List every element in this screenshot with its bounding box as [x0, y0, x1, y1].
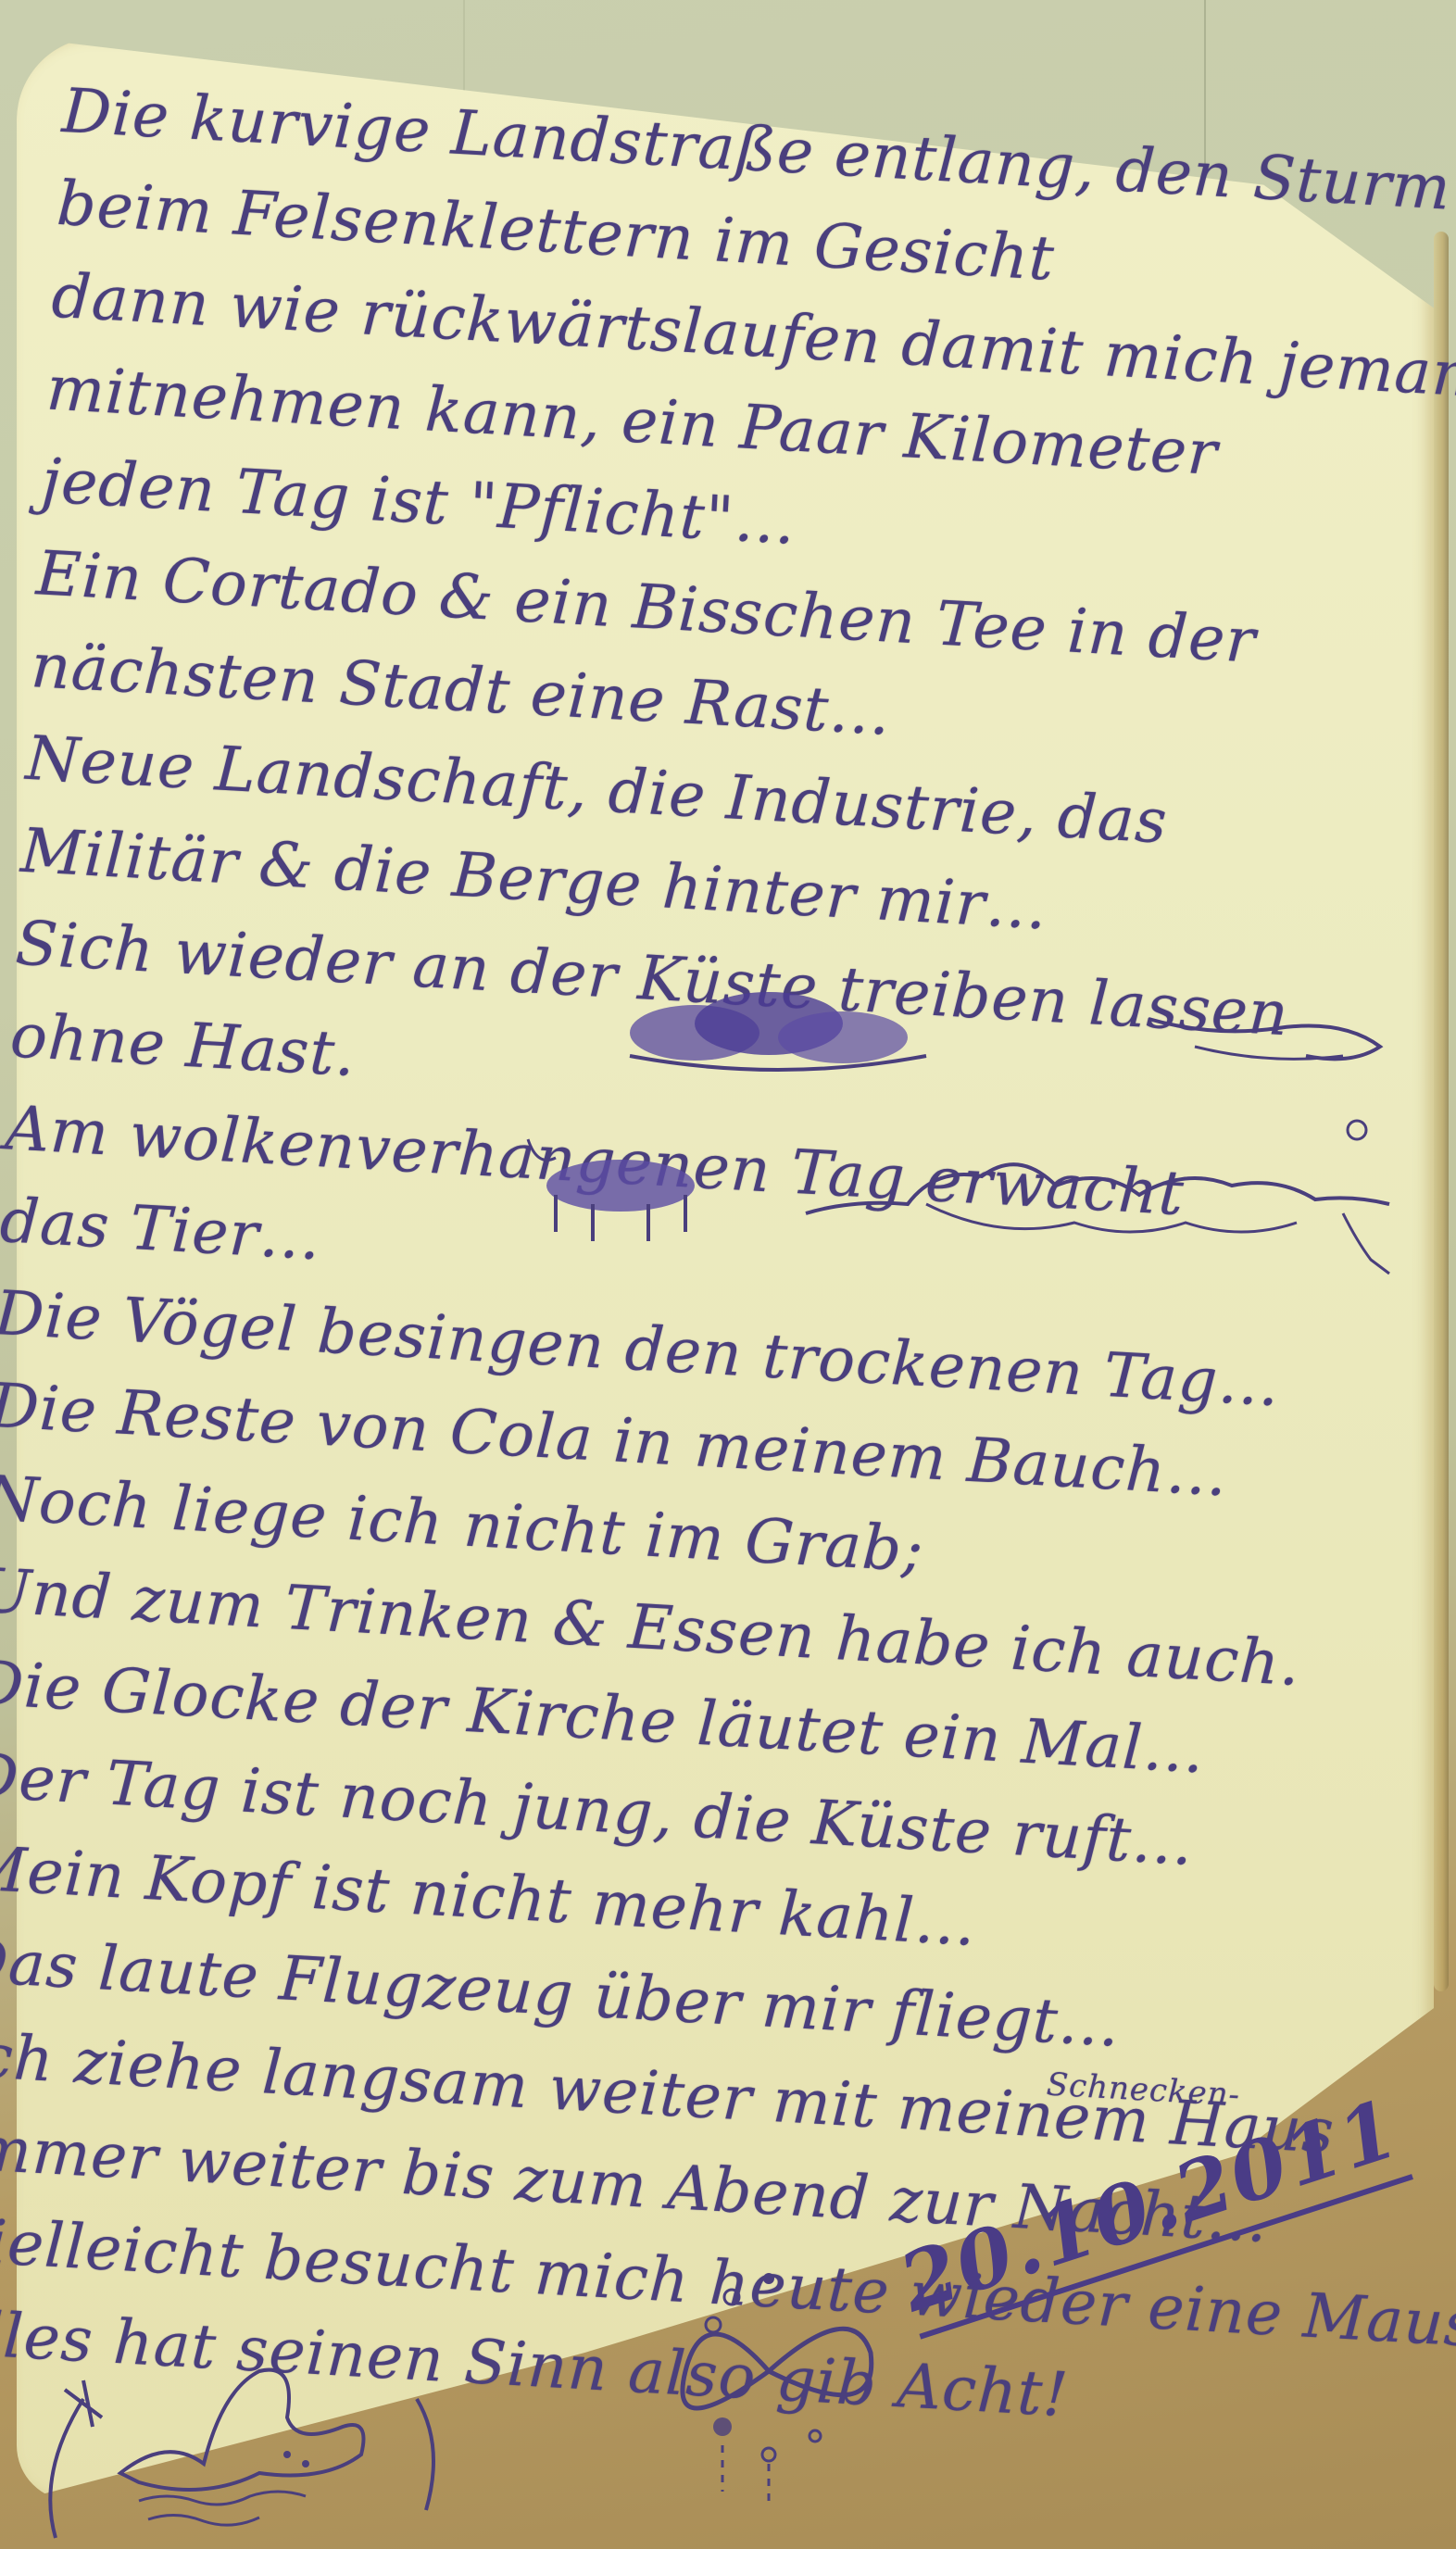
cloud-doodle-icon	[611, 982, 945, 1093]
bow-doodle-icon	[630, 2241, 908, 2519]
notebook-page-edge	[1434, 232, 1449, 1991]
swan-doodle-icon	[19, 2316, 611, 2549]
mountains-doodle-icon	[797, 1111, 1408, 1278]
animal-doodle-icon	[519, 1130, 759, 1260]
wind-doodle-icon	[1139, 1000, 1417, 1111]
